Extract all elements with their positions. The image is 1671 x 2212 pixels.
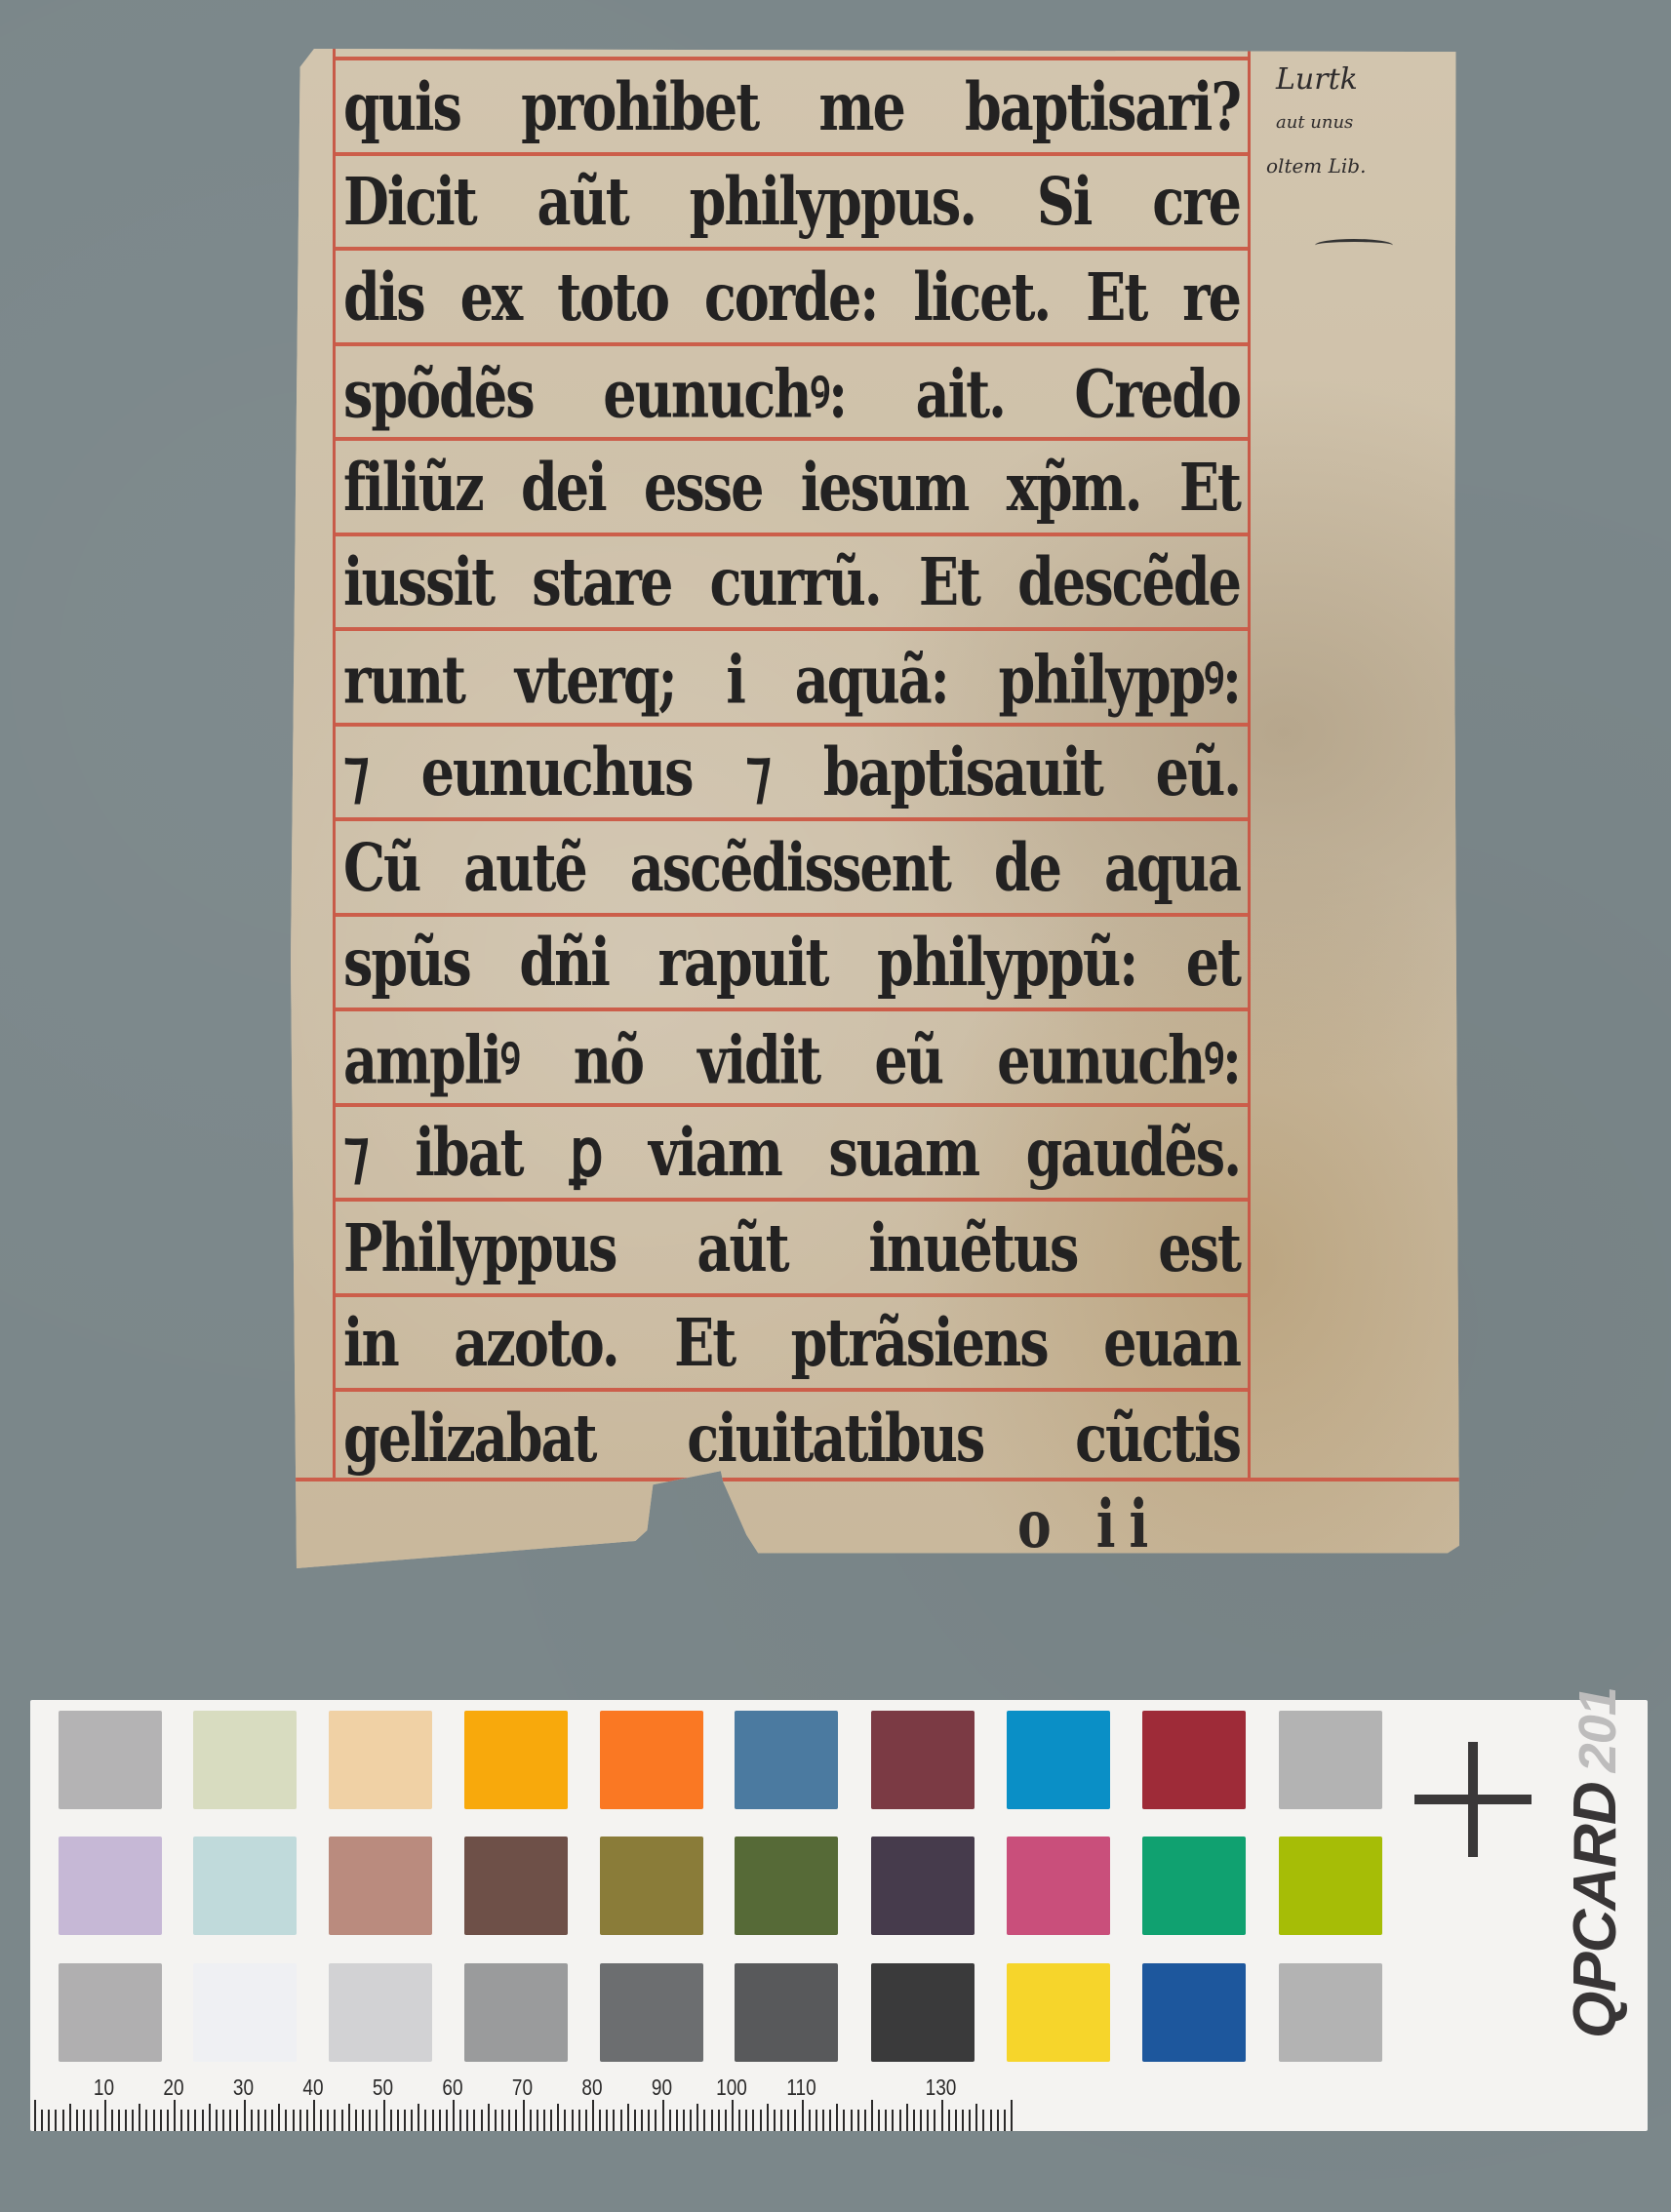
ruled-text-block: quis prohibet me baptisari?Dicit aũt phi… (333, 49, 1251, 1478)
text-line: Cũ autẽ ascẽdissent de aqua (336, 817, 1248, 913)
color-patch (871, 1837, 975, 1935)
ruler-tick (955, 2110, 957, 2131)
ruler-tick (404, 2110, 406, 2131)
color-patch (464, 1963, 568, 2062)
text-line: runt vterq; i aquã: philyppꝰ: (336, 627, 1248, 723)
ruler-tick (892, 2110, 894, 2131)
ruler-tick (703, 2110, 705, 2131)
ruler-tick (515, 2110, 517, 2131)
ruler-tick (453, 2100, 455, 2131)
text-line: iussit stare currũ. Et descẽde (336, 533, 1248, 628)
ruler-tick (969, 2110, 971, 2131)
ruler-tick (222, 2110, 224, 2131)
ruler-tick (843, 2110, 845, 2131)
color-patch (464, 1711, 568, 1809)
ruler-tick (34, 2100, 36, 2131)
text-line-content: spõdẽs eunuchꝰ: ait. Credo (343, 346, 1240, 437)
manuscript-fragment: quis prohibet me baptisari?Dicit aũt phi… (291, 49, 1459, 1568)
ruler-tick (620, 2110, 622, 2131)
color-patch (600, 1963, 703, 2062)
ruler-tick (982, 2110, 984, 2131)
ruler-tick (669, 2110, 671, 2131)
ruler-tick (62, 2110, 64, 2131)
ruler-tick (906, 2104, 908, 2131)
ruler-tick (934, 2110, 935, 2131)
ruler-tick (41, 2110, 43, 2131)
ruler-tick (655, 2110, 656, 2131)
ruler-tick (488, 2104, 490, 2131)
color-patch (1007, 1837, 1110, 1935)
ruler-tick (613, 2110, 615, 2131)
ruler-label: 30 (233, 2076, 254, 2102)
ruler-tick (641, 2110, 643, 2131)
ruler-tick (990, 2110, 992, 2131)
ruler-tick (306, 2110, 308, 2131)
ruler-tick (341, 2110, 343, 2131)
ruler-tick (599, 2110, 601, 2131)
ruler-tick (732, 2100, 734, 2131)
ruler-tick (216, 2110, 218, 2131)
color-patch (1279, 1711, 1382, 1809)
color-patch (1007, 1963, 1110, 2062)
ruler-tick (871, 2100, 873, 2131)
color-patch (193, 1963, 297, 2062)
text-line: Philyppus aũt inuẽtus est (336, 1198, 1248, 1293)
ruler-tick (167, 2110, 169, 2131)
ruler-tick (495, 2110, 497, 2131)
ruler-tick (1011, 2100, 1013, 2131)
ruler-tick (473, 2110, 475, 2131)
ruler-tick (885, 2110, 887, 2131)
annotation-line-2: aut unus (1276, 101, 1447, 144)
text-line: ⁊ eunuchus ⁊ baptisauit eũ. (336, 723, 1248, 818)
color-patch (735, 1711, 838, 1809)
ruler-label: 110 (786, 2076, 816, 2102)
text-line-content: gelizabat ciuitatibus cũctis (343, 1399, 1240, 1477)
ruler-tick (606, 2110, 608, 2131)
ruler-tick (585, 2110, 587, 2131)
ruler-tick (446, 2110, 448, 2131)
color-patch (871, 1711, 975, 1809)
ruler-tick (878, 2110, 880, 2131)
ruler-tick (348, 2104, 350, 2131)
text-line: ⁊ ibat ꝑ viam suam gaudẽs. (336, 1103, 1248, 1199)
ruler-tick (466, 2110, 468, 2131)
color-patch (329, 1711, 432, 1809)
annotation-line-3: oltem Lib. (1266, 144, 1447, 187)
ruler-tick (913, 2110, 915, 2131)
ruler-tick (271, 2110, 273, 2131)
color-patch (1007, 1711, 1110, 1809)
text-line: dis ex toto corde: licet. Et re (336, 247, 1248, 342)
ruler-tick (369, 2110, 371, 2131)
ruler-tick (920, 2110, 922, 2131)
ruler-tick (285, 2110, 287, 2131)
ruler-tick (69, 2104, 71, 2131)
ruler-tick (962, 2110, 964, 2131)
ruler-tick (557, 2104, 559, 2131)
marginal-annotation: Lurtk aut unus oltem Lib. (1276, 59, 1447, 187)
ruler-tick (530, 2110, 532, 2131)
text-line: spũs dñi rapuit philyppũ: et (336, 913, 1248, 1008)
ruler-tick (676, 2110, 678, 2131)
ruler-tick (592, 2100, 594, 2131)
ruler-tick (572, 2110, 574, 2131)
ruler-tick (139, 2104, 140, 2131)
color-patch (600, 1837, 703, 1935)
bottom-red-rule (291, 1478, 1469, 1481)
ruler-tick (648, 2110, 650, 2131)
text-line-content: Cũ autẽ ascẽdissent de aqua (343, 828, 1240, 906)
ruler-tick (180, 2110, 182, 2131)
brand-name: QPCARD (1562, 1782, 1629, 2038)
ruler-tick (787, 2110, 789, 2131)
color-patch (329, 1837, 432, 1935)
ruler-label: 90 (652, 2076, 672, 2102)
millimeter-ruler: 102030405060708090100110130 (30, 2082, 1648, 2131)
ruler-tick (523, 2100, 525, 2131)
ruler-label: 10 (94, 2076, 114, 2102)
signature-mark: o ii (1017, 1486, 1162, 1563)
ruler-tick (975, 2104, 977, 2131)
ruler-tick (153, 2110, 155, 2131)
ruler-tick (320, 2110, 322, 2131)
ruler-tick (111, 2110, 113, 2131)
ruler-tick (418, 2104, 419, 2131)
color-patch (59, 1711, 162, 1809)
ruler-tick (997, 2110, 999, 2131)
ruler-tick (718, 2110, 720, 2131)
ruler-tick (857, 2110, 859, 2131)
ruler-tick (809, 2110, 811, 2131)
ruler-tick (390, 2110, 392, 2131)
ruler-tick (738, 2110, 740, 2131)
ruler-tick (508, 2110, 510, 2131)
ruler-label: 50 (373, 2076, 393, 2102)
text-line-content: ampliꝰ nõ vidit eũ eunuchꝰ: (343, 1012, 1240, 1103)
color-patch (600, 1711, 703, 1809)
ruler-tick (927, 2110, 929, 2131)
ruler-tick (634, 2110, 636, 2131)
color-patch (1142, 1963, 1246, 2062)
ruler-tick (251, 2110, 253, 2131)
ruler-tick (439, 2110, 441, 2131)
ruler-tick (816, 2110, 817, 2131)
ruler-tick (501, 2110, 503, 2131)
ruler-tick (97, 2110, 99, 2131)
ruler-tick (774, 2110, 776, 2131)
ruler-tick (432, 2110, 434, 2131)
ruler-tick (355, 2110, 357, 2131)
ruler-tick (459, 2110, 461, 2131)
ruler-tick (802, 2100, 804, 2131)
color-patch (59, 1837, 162, 1935)
ruler-tick (690, 2110, 692, 2131)
ruler-label: 80 (581, 2076, 602, 2102)
ruler-tick (424, 2110, 426, 2131)
ruler-tick (209, 2104, 211, 2131)
ruler-tick (55, 2110, 57, 2131)
ruler-tick (725, 2110, 727, 2131)
ruler-tick (293, 2110, 295, 2131)
ruler-tick (411, 2110, 413, 2131)
text-line: spõdẽs eunuchꝰ: ait. Credo (336, 342, 1248, 438)
color-patch (193, 1711, 297, 1809)
ruler-label: 60 (442, 2076, 462, 2102)
color-patch (1279, 1837, 1382, 1935)
ruler-tick (278, 2104, 280, 2131)
text-line-content: Dicit aũt philyppus. Si cre (343, 162, 1240, 240)
color-patch (1142, 1837, 1246, 1935)
ruler-tick (745, 2110, 747, 2131)
ruler-label: 40 (302, 2076, 323, 2102)
text-line: gelizabat ciuitatibus cũctis (336, 1388, 1248, 1483)
ruler-tick (829, 2110, 831, 2131)
annotation-underline (1315, 239, 1393, 252)
ruler-tick (711, 2110, 713, 2131)
text-line-content: dis ex toto corde: licet. Et re (343, 257, 1240, 336)
ruler-tick (543, 2110, 545, 2131)
ruler-tick (851, 2110, 853, 2131)
ruler-tick (383, 2100, 385, 2131)
ruler-tick (236, 2110, 238, 2131)
text-line-content: Philyppus aũt inuẽtus est (343, 1208, 1240, 1286)
ruler-tick (194, 2110, 196, 2131)
ruler-tick (376, 2110, 378, 2131)
ruler-tick (299, 2110, 301, 2131)
ruler-tick (564, 2110, 566, 2131)
crosshair-icon-vertical (1468, 1742, 1478, 1857)
ruler-tick (229, 2110, 231, 2131)
text-line-content: ⁊ ibat ꝑ viam suam gaudẽs. (343, 1113, 1240, 1191)
ruler-tick (258, 2110, 259, 2131)
ruler-tick (76, 2110, 78, 2131)
ruler-label: 100 (716, 2076, 747, 2102)
ruler-tick (941, 2100, 943, 2131)
text-line-content: iussit stare currũ. Et descẽde (343, 542, 1240, 620)
text-line: ampliꝰ nõ vidit eũ eunuchꝰ: (336, 1007, 1248, 1103)
text-line-content: in azoto. Et ptrãsiens euan (343, 1303, 1240, 1381)
color-patch (735, 1837, 838, 1935)
color-patch (1279, 1963, 1382, 2062)
ruler-tick (327, 2110, 329, 2131)
ruler-tick (864, 2110, 866, 2131)
annotation-line-1: Lurtk (1276, 59, 1447, 101)
ruler-tick (313, 2100, 315, 2131)
ruler-tick (125, 2110, 127, 2131)
ruler-tick (83, 2110, 85, 2131)
ruler-tick (160, 2110, 162, 2131)
text-line-content: ⁊ eunuchus ⁊ baptisauit eũ. (343, 732, 1240, 810)
ruler-tick (104, 2100, 106, 2131)
text-line-content: filiũz dei esse iesum xp̃m. Et (343, 448, 1240, 526)
ruler-tick (202, 2110, 204, 2131)
ruler-tick (683, 2110, 685, 2131)
ruler-tick (794, 2110, 796, 2131)
ruler-tick (264, 2110, 266, 2131)
ruler-tick (780, 2110, 782, 2131)
text-line-content: spũs dñi rapuit philyppũ: et (343, 923, 1240, 1001)
ruler-label: 130 (926, 2076, 957, 2102)
ruler-tick (760, 2110, 762, 2131)
ruler-tick (627, 2104, 629, 2131)
ruler-tick (48, 2110, 50, 2131)
color-patch (193, 1837, 297, 1935)
ruler-tick (836, 2104, 838, 2131)
color-patch (59, 1963, 162, 2062)
ruler-tick (696, 2104, 698, 2131)
color-patch (871, 1963, 975, 2062)
ruler-tick (550, 2110, 552, 2131)
ruler-tick (752, 2110, 754, 2131)
brand-model: 201 (1569, 1687, 1627, 1772)
text-line-content: runt vterq; i aquã: philyppꝰ: (343, 632, 1240, 723)
text-line: Dicit aũt philyppus. Si cre (336, 152, 1248, 248)
card-brand-logo: QPCARD201 (1561, 1687, 1630, 2038)
ruler-tick (481, 2110, 483, 2131)
color-patch (1142, 1711, 1246, 1809)
ruler-tick (334, 2110, 336, 2131)
color-patch (464, 1837, 568, 1935)
text-line: in azoto. Et ptrãsiens euan (336, 1293, 1248, 1389)
color-patch (735, 1963, 838, 2062)
ruler-tick (118, 2110, 120, 2131)
ruler-tick (767, 2104, 769, 2131)
ruler-tick (537, 2110, 538, 2131)
text-line: filiũz dei esse iesum xp̃m. Et (336, 437, 1248, 533)
ruler-tick (187, 2110, 189, 2131)
ruler-tick (244, 2100, 246, 2131)
ruler-tick (822, 2110, 824, 2131)
ruler-tick (132, 2110, 134, 2131)
text-line: quis prohibet me baptisari? (336, 57, 1248, 152)
ruler-tick (899, 2110, 901, 2131)
ruler-tick (662, 2100, 664, 2131)
ruler-tick (90, 2110, 92, 2131)
ruler-label: 70 (512, 2076, 533, 2102)
ruler-tick (1004, 2110, 1006, 2131)
ruler-tick (174, 2100, 176, 2131)
ruler-tick (397, 2110, 399, 2131)
ruler-tick (362, 2110, 364, 2131)
ruler-tick (145, 2110, 147, 2131)
color-patch (329, 1963, 432, 2062)
ruler-label: 20 (163, 2076, 183, 2102)
ruler-tick (578, 2110, 580, 2131)
ruler-tick (948, 2110, 950, 2131)
text-line-content: quis prohibet me baptisari? (343, 67, 1240, 145)
